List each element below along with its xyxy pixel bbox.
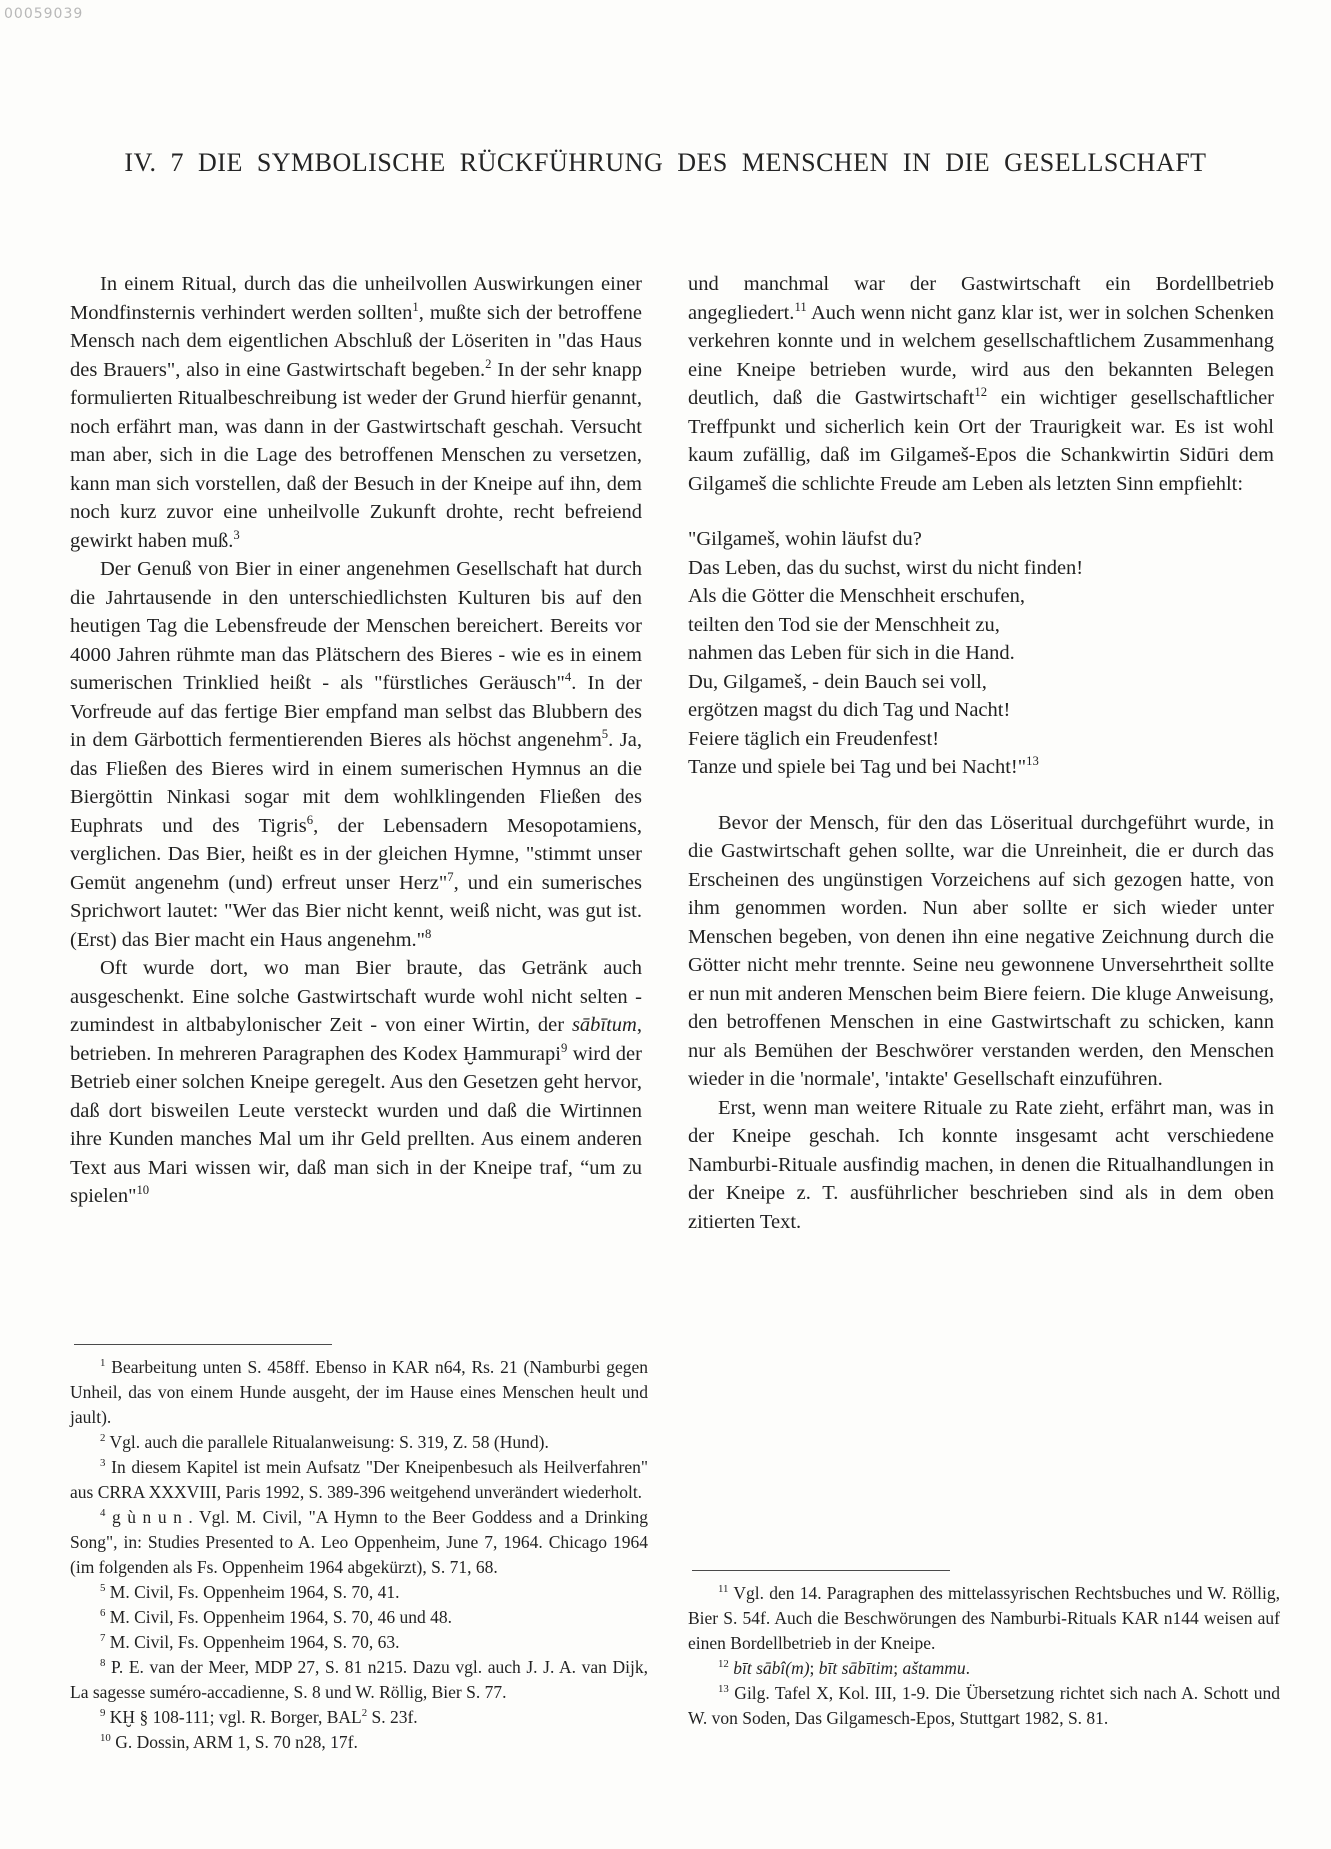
text-run: M. Civil, Fs. Oppenheim 1964, S. 70, 46 … — [105, 1607, 452, 1627]
paragraph: 2 Vgl. auch die parallele Ritualanweisun… — [70, 1430, 648, 1455]
footnote-rule-left — [74, 1344, 332, 1345]
footnote-marker: 3 — [233, 528, 239, 542]
text-run: "Gilgameš, wohin läufst du? — [688, 528, 922, 550]
text-run: In diesem Kapitel ist mein Aufsatz "Der … — [70, 1457, 648, 1502]
poem-line: ergötzen magst du dich Tag und Nacht! — [688, 696, 1274, 725]
poem-line: Das Leben, das du suchst, wirst du nicht… — [688, 554, 1274, 583]
footnote-marker: 11 — [794, 300, 806, 314]
text-run: Als die Götter die Menschheit erschufen, — [688, 585, 1025, 607]
poem-quote: "Gilgameš, wohin läufst du?Das Leben, da… — [688, 525, 1274, 782]
page-title: IV. 7 DIE SYMBOLISCHE RÜCKFÜHRUNG DES ME… — [0, 148, 1331, 178]
paragraph: 12 bīt sābî(m); bīt sābītim; aštammu. — [688, 1656, 1280, 1681]
text-run: Tanze und spiele bei Tag und bei Nacht!" — [688, 756, 1026, 778]
footnote-marker: 8 — [425, 927, 431, 941]
footnote-marker: 13 — [1026, 754, 1039, 768]
text-run: KḪ § 108-111; vgl. R. Borger, BAL — [105, 1707, 361, 1727]
italic-term: aštammu — [902, 1658, 965, 1678]
text-run: teilten den Tod sie der Menschheit zu, — [688, 614, 1000, 636]
text-run: Gilg. Tafel X, Kol. III, 1-9. Die Überse… — [688, 1683, 1280, 1728]
text-run: G. Dossin, ARM 1, S. 70 n28, 17f. — [111, 1732, 358, 1752]
scan-number: 00059039 — [4, 6, 83, 22]
footnote-marker: 10 — [136, 1183, 149, 1197]
text-run: nahmen das Leben für sich in die Hand. — [688, 642, 1015, 664]
paragraph: 5 M. Civil, Fs. Oppenheim 1964, S. 70, 4… — [70, 1580, 648, 1605]
text-run: Vgl. auch die parallele Ritualanweisung:… — [105, 1432, 548, 1452]
left-column: In einem Ritual, durch das die unheilvol… — [70, 270, 642, 1211]
footnotes-right-body: 11 Vgl. den 14. Paragraphen des mittelas… — [688, 1581, 1280, 1731]
paragraph: 13 Gilg. Tafel X, Kol. III, 1-9. Die Übe… — [688, 1681, 1280, 1731]
text-run: M. Civil, Fs. Oppenheim 1964, S. 70, 63. — [105, 1632, 399, 1652]
paragraph: 9 KḪ § 108-111; vgl. R. Borger, BAL2 S. … — [70, 1705, 648, 1730]
text-run: Bevor der Mensch, für den das Löseritual… — [688, 812, 1274, 1091]
poem-line: Du, Gilgameš, - dein Bauch sei voll, — [688, 668, 1274, 697]
text-run: g ù n u n . Vgl. M. Civil, "A Hymn to th… — [70, 1507, 648, 1577]
footnote-marker: 12 — [718, 1658, 729, 1670]
paragraph: 3 In diesem Kapitel ist mein Aufsatz "De… — [70, 1455, 648, 1505]
text-run: Vgl. den 14. Paragraphen des mittelassyr… — [688, 1583, 1280, 1653]
footnotes-left: 1 Bearbeitung unten S. 458ff. Ebenso in … — [70, 1344, 648, 1755]
poem-line: "Gilgameš, wohin läufst du? — [688, 525, 1274, 554]
poem-line: teilten den Tod sie der Menschheit zu, — [688, 611, 1274, 640]
poem-line: Tanze und spiele bei Tag und bei Nacht!"… — [688, 753, 1274, 782]
text-run: Oft wurde dort, wo man Bier braute, das … — [70, 957, 642, 1036]
poem-line: Als die Götter die Menschheit erschufen, — [688, 582, 1274, 611]
paragraph: 10 G. Dossin, ARM 1, S. 70 n28, 17f. — [70, 1730, 648, 1755]
text-run: P. E. van der Meer, MDP 27, S. 81 n215. … — [70, 1657, 648, 1702]
text-run: wird der Betrieb einer solchen Kneipe ge… — [70, 1043, 642, 1208]
paragraph: In einem Ritual, durch das die unheilvol… — [70, 270, 642, 555]
text-run: Der Genuß von Bier in einer angenehmen G… — [70, 558, 642, 694]
text-run: M. Civil, Fs. Oppenheim 1964, S. 70, 41. — [105, 1582, 399, 1602]
italic-term: bīt sābî(m) — [733, 1658, 809, 1678]
poem-line: nahmen das Leben für sich in die Hand. — [688, 639, 1274, 668]
footnote-marker: 12 — [974, 385, 987, 399]
poem-line: Feiere täglich ein Freudenfest! — [688, 725, 1274, 754]
footnote-marker: 10 — [100, 1732, 111, 1744]
footnote-marker: 13 — [718, 1683, 729, 1695]
text-run: Bearbeitung unten S. 458ff. Ebenso in KA… — [70, 1357, 648, 1427]
paragraph: 1 Bearbeitung unten S. 458ff. Ebenso in … — [70, 1355, 648, 1430]
paragraph: Bevor der Mensch, für den das Löseritual… — [688, 809, 1274, 1094]
text-run: Du, Gilgameš, - dein Bauch sei voll, — [688, 671, 987, 693]
footnote-rule-right — [692, 1570, 950, 1571]
text-run: ; — [810, 1658, 819, 1678]
paragraph: 6 M. Civil, Fs. Oppenheim 1964, S. 70, 4… — [70, 1605, 648, 1630]
italic-term: sābītum — [572, 1014, 637, 1036]
paragraph: Erst, wenn man weitere Rituale zu Rate z… — [688, 1094, 1274, 1237]
italic-term: bīt sābītim — [819, 1658, 893, 1678]
paragraph: 4 g ù n u n . Vgl. M. Civil, "A Hymn to … — [70, 1505, 648, 1580]
paragraph: Oft wurde dort, wo man Bier braute, das … — [70, 954, 642, 1211]
text-run: Feiere täglich ein Freudenfest! — [688, 728, 939, 750]
paragraph: und manchmal war der Gastwirtschaft ein … — [688, 270, 1274, 498]
footnote-marker: 11 — [718, 1583, 728, 1595]
text-run: ergötzen magst du dich Tag und Nacht! — [688, 699, 1010, 721]
text-run: In der sehr knapp formulierten Ritualbes… — [70, 359, 642, 552]
paragraph: 11 Vgl. den 14. Paragraphen des mittelas… — [688, 1581, 1280, 1656]
text-run: Erst, wenn man weitere Rituale zu Rate z… — [688, 1097, 1274, 1233]
footnotes-right: 11 Vgl. den 14. Paragraphen des mittelas… — [688, 1570, 1280, 1731]
paragraph: 7 M. Civil, Fs. Oppenheim 1964, S. 70, 6… — [70, 1630, 648, 1655]
scanned-book-page: 00059039 IV. 7 DIE SYMBOLISCHE RÜCKFÜHRU… — [0, 0, 1331, 1849]
paragraph: 8 P. E. van der Meer, MDP 27, S. 81 n215… — [70, 1655, 648, 1705]
right-column: und manchmal war der Gastwirtschaft ein … — [688, 270, 1274, 1236]
text-run: . — [966, 1658, 970, 1678]
footnotes-left-body: 1 Bearbeitung unten S. 458ff. Ebenso in … — [70, 1355, 648, 1755]
paragraph: Der Genuß von Bier in einer angenehmen G… — [70, 555, 642, 954]
text-run: S. 23f. — [367, 1707, 418, 1727]
text-run: Das Leben, das du suchst, wirst du nicht… — [688, 557, 1083, 579]
